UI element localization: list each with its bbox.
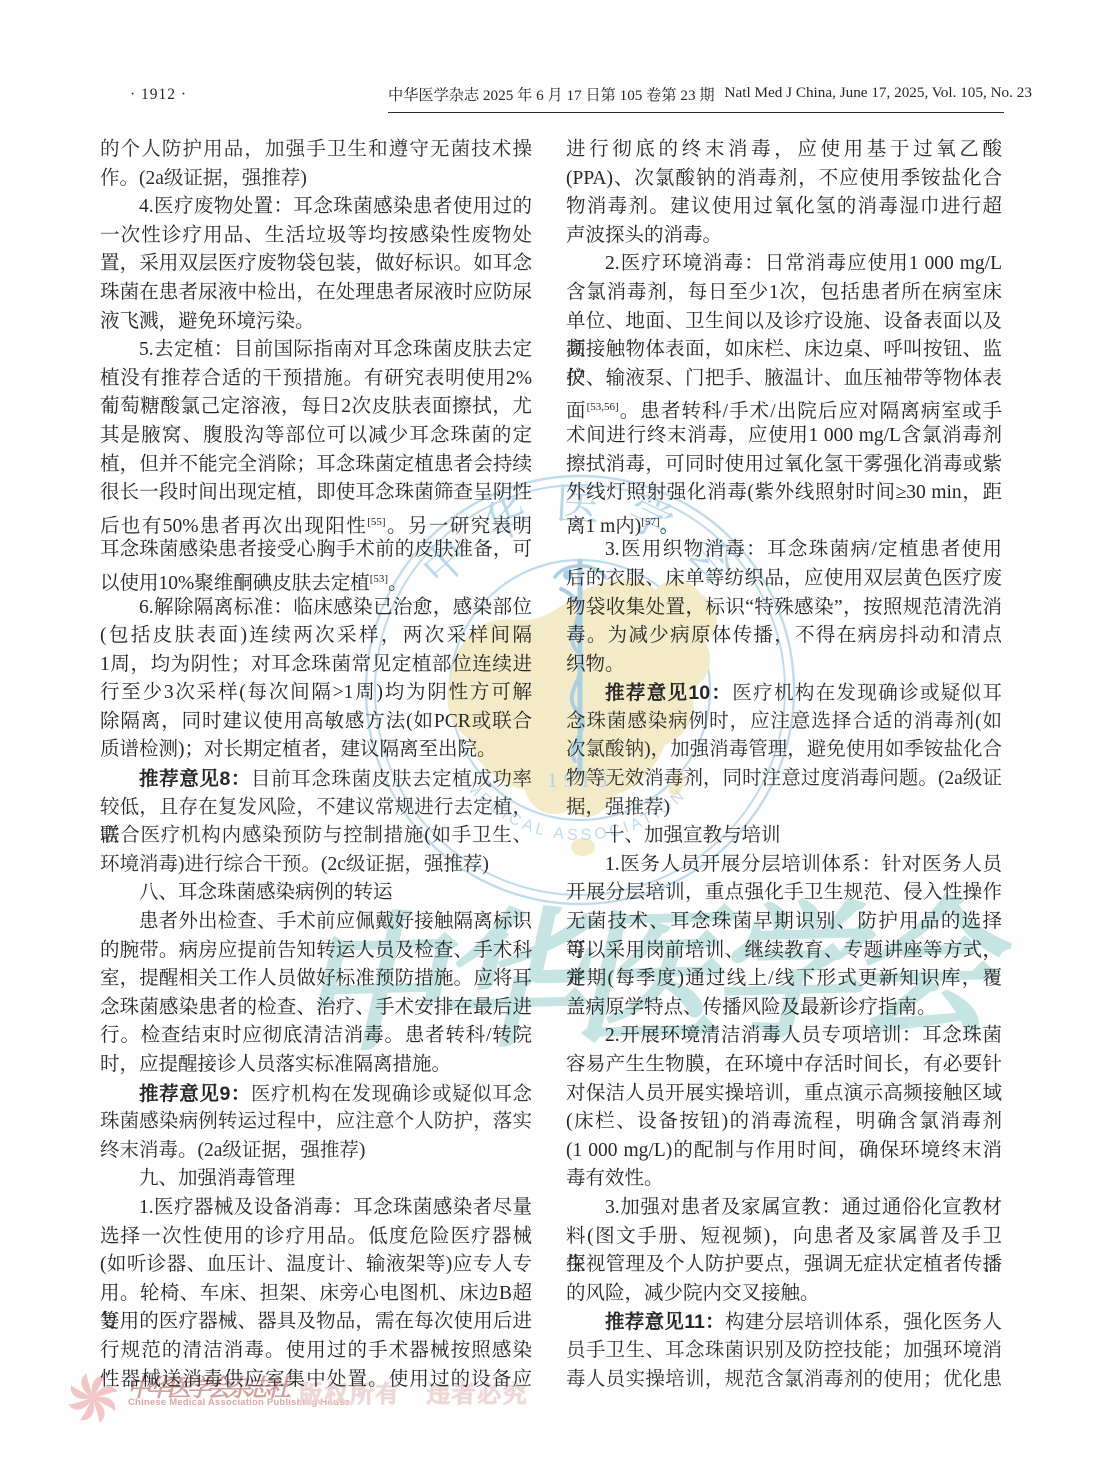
text-line: 行。检查结束时应彻底清洁消毒。患者转科/转院 (100, 1022, 532, 1051)
text-segment: (1 000 mg/L)的配制与作用时间，确保环境终末消 (566, 1140, 1002, 1161)
text-segment: (PPA)、次氯酸钠的消毒剂，不应使用季铵盐化合 (566, 168, 1002, 189)
text-segment: 医疗机构在发现确诊或疑似耳 (732, 683, 1002, 704)
text-segment: 耳念珠菌感染患者接受心胸手术前的皮肤准备，可 (100, 539, 532, 560)
text-line: 对保洁人员开展实操培训，重点演示高频接触区域 (566, 1080, 1002, 1109)
text-segment: 葡萄糖酸氯己定溶液，每日2次皮肤表面擦拭，尤 (100, 396, 532, 417)
text-segment: 后也有50%患者再次出现阳性 (100, 516, 367, 537)
text-line: 以使用10%聚维酮碘皮肤去定植[53]。 (100, 565, 532, 594)
text-line: 进行彻底的终末消毒，应使用基于过氧乙酸 (566, 136, 1002, 165)
text-line: 复用的医疗器械、器具及物品，需在每次使用后进 (100, 1308, 532, 1337)
text-segment: 推荐意见11： (605, 1311, 725, 1333)
text-line: 声波探头的消毒。 (566, 222, 1002, 251)
text-segment: 的风险，减少院内交叉接触。 (566, 1283, 820, 1304)
text-line: (床栏、设备按钮)的消毒流程，明确含氯消毒剂 (566, 1108, 1002, 1137)
text-line: 1.医疗器械及设备消毒：耳念珠菌感染者尽量 (100, 1194, 532, 1223)
text-segment: 环境消毒)进行综合干预。(2c级证据，强推荐) (100, 854, 489, 875)
text-segment: 探视管理及个人防护要点，强调无症状定植者传播 (566, 1254, 1002, 1275)
text-segment: 复用的医疗器械、器具及物品，需在每次使用后进 (100, 1311, 532, 1332)
journal-title-en: Natl Med J China, June 17, 2025, Vol. 10… (725, 84, 1032, 105)
text-segment: 据，强推荐) (566, 797, 670, 818)
text-line: 的个人防护用品，加强手卫生和遵守无菌技术操 (100, 136, 532, 165)
text-segment: 后的衣服、床单等纺织品，应使用双层黄色医疗废 (566, 568, 1002, 589)
text-segment: 4.医疗废物处置：耳念珠菌感染患者使用过的 (139, 196, 532, 217)
text-segment: 患者外出检查、手术前应佩戴好接触隔离标识 (139, 911, 532, 932)
text-line: 植，但并不能完全消除；耳念珠菌定植患者会持续 (100, 451, 532, 480)
journal-header: 中华医学杂志 2025 年 6 月 17 日第 105 卷第 23 期 Natl… (388, 84, 1004, 113)
text-segment: 的腕带。病房应提前告知转运人员及检查、手术科 (100, 940, 532, 961)
text-line: 4.医疗废物处置：耳念珠菌感染患者使用过的 (100, 193, 532, 222)
text-line: 八、耳念珠菌感染病例的转运 (100, 879, 532, 908)
text-line: 用。轮椅、车床、担架、床旁心电图机、床边B超等 (100, 1280, 532, 1309)
text-line: 时，应提醒接诊人员落实标准隔离措施。 (100, 1051, 532, 1080)
text-segment: 3.加强对患者及家属宣教：通过通俗化宣教材 (605, 1197, 1002, 1218)
text-segment: 2.医疗环境消毒：日常消毒应使用1 000 mg/L (605, 253, 1002, 274)
text-segment: 离1 m内) (566, 516, 641, 537)
text-segment: 1.医务人员开展分层培训体系：针对医务人员 (605, 854, 1002, 875)
text-segment: 念珠菌感染患者的检查、治疗、手术安排在最后进 (100, 997, 532, 1018)
text-line: 性器械送消毒供应室集中处置。使用过的设备应 (100, 1366, 532, 1395)
text-line: 3.医用织物消毒：耳念珠菌病/定植患者使用 (566, 536, 1002, 565)
text-line: 料(图文手册、短视频)，向患者及家属普及手卫生、 (566, 1223, 1002, 1252)
reference-superscript: [53] (370, 573, 388, 585)
text-segment: 外线灯照射强化消毒(紫外线照射时间≥30 min，距 (566, 482, 1002, 503)
text-line: 毒。为减少病原体传播，不得在病房抖动和清点 (566, 622, 1002, 651)
text-line: 念珠菌感染病例时，应注意选择合适的消毒剂(如 (566, 708, 1002, 737)
text-segment: 推荐意见10： (605, 682, 732, 704)
text-line: 其是腋窝、腹股沟等部位可以减少耳念珠菌的定 (100, 422, 532, 451)
text-line: 环境消毒)进行综合干预。(2c级证据，强推荐) (100, 851, 532, 880)
text-segment: 液飞溅，避免环境污染。 (100, 311, 315, 332)
text-segment: 很长一段时间出现定植，即使耳念珠菌筛查呈阴性 (100, 482, 532, 503)
text-segment: 3.医用织物消毒：耳念珠菌病/定植患者使用 (605, 539, 1002, 560)
text-line: 毒人员实操培训，规范含氯消毒剂的使用；优化患 (566, 1366, 1002, 1395)
text-segment: 珠菌在患者尿液中检出，在处理患者尿液时应防尿 (100, 282, 532, 303)
text-line: (1 000 mg/L)的配制与作用时间，确保环境终末消 (566, 1137, 1002, 1166)
text-line: 无菌技术、耳念珠菌早期识别、防护用品的选择等， (566, 908, 1002, 937)
text-line: 单位、地面、卫生间以及诊疗设施、设备表面以及高 (566, 308, 1002, 337)
text-segment: 毒有效性。 (566, 1168, 664, 1189)
text-segment: (床栏、设备按钮)的消毒流程，明确含氯消毒剂 (566, 1111, 1002, 1132)
text-segment: 物等无效消毒剂，同时注意过度消毒问题。(2a级证 (566, 768, 1002, 789)
text-segment: 1周，均为阴性；对耳念珠菌常见定植部位连续进 (100, 654, 532, 675)
text-line: 擦拭消毒，可同时使用过氧化氢干雾强化消毒或紫 (566, 451, 1002, 480)
text-segment: 5.去定植：目前国际指南对耳念珠菌皮肤去定 (139, 339, 532, 360)
text-line: 术间进行终末消毒，应使用1 000 mg/L含氯消毒剂 (566, 422, 1002, 451)
text-line: 十、加强宣教与培训 (566, 822, 1002, 851)
text-line: 联合医疗机构内感染预防与控制措施(如手卫生、 (100, 822, 532, 851)
text-line: 较低，且存在复发风险，不建议常规进行去定植，需 (100, 794, 532, 823)
column-left: 的个人防护用品，加强手卫生和遵守无菌技术操作。(2a级证据，强推荐)4.医疗废物… (100, 136, 532, 1394)
text-segment: 毒人员实操培训，规范含氯消毒剂的使用；优化患 (566, 1369, 1002, 1390)
text-segment: 除隔离，同时建议使用高敏感方法(如PCR或联合 (100, 711, 532, 732)
text-segment: 1.医疗器械及设备消毒：耳念珠菌感染者尽量 (139, 1197, 532, 1218)
reference-superscript: [53,56] (587, 401, 619, 413)
journal-page: 中华医学会 MEDICAL ASSOCIATION 1915 中华医学会 · 1… (0, 0, 1100, 1482)
text-line: 行规范的清洁消毒。使用过的手术器械按照感染 (100, 1337, 532, 1366)
text-segment: 术间进行终末消毒，应使用1 000 mg/L含氯消毒剂 (566, 425, 1002, 446)
text-line: 2.医疗环境消毒：日常消毒应使用1 000 mg/L (566, 250, 1002, 279)
text-line: 定期(每季度)通过线上/线下形式更新知识库，覆 (566, 965, 1002, 994)
text-segment: 面 (566, 401, 587, 422)
text-line: 置，采用双层医疗废物袋包装，做好标识。如耳念 (100, 250, 532, 279)
text-line: 作。(2a级证据，强推荐) (100, 165, 532, 194)
text-line: 外线灯照射强化消毒(紫外线照射时间≥30 min，距 (566, 479, 1002, 508)
text-segment: 物消毒剂。建议使用过氧化氢的消毒湿巾进行超 (566, 196, 1002, 217)
text-line: 患者外出检查、手术前应佩戴好接触隔离标识 (100, 908, 532, 937)
text-segment: 容易产生生物膜，在环境中存活时间长，有必要针 (566, 1054, 1002, 1075)
text-line: 很长一段时间出现定植，即使耳念珠菌筛查呈阴性 (100, 479, 532, 508)
text-segment: 其是腋窝、腹股沟等部位可以减少耳念珠菌的定 (100, 425, 532, 446)
text-line: 可以采用岗前培训、继续教育、专题讲座等方式，并 (566, 937, 1002, 966)
text-segment: 进行彻底的终末消毒，应使用基于过氧乙酸 (566, 139, 1002, 160)
text-line: 质谱检测)；对长期定植者，建议隔离至出院。 (100, 736, 532, 765)
text-segment: 以使用10%聚维酮碘皮肤去定植 (100, 573, 370, 594)
text-segment: 质谱检测)；对长期定植者，建议隔离至出院。 (100, 739, 497, 760)
text-segment: (包括皮肤表面)连续两次采样，两次采样间隔 (100, 625, 532, 646)
text-segment: 行至少3次采样(每次间隔>1周)均为阴性方可解 (100, 682, 532, 703)
text-line: 据，强推荐) (566, 794, 1002, 823)
text-line: 的腕带。病房应提前告知转运人员及检查、手术科 (100, 937, 532, 966)
text-line: 5.去定植：目前国际指南对耳念珠菌皮肤去定 (100, 336, 532, 365)
text-segment: 。 (660, 516, 680, 537)
text-line: 九、加强消毒管理 (100, 1165, 532, 1194)
text-segment: 声波探头的消毒。 (566, 225, 722, 246)
text-line: 毒有效性。 (566, 1165, 1002, 1194)
text-segment: 目前耳念珠菌皮肤去定植成功率 (251, 769, 532, 790)
text-segment: 。 (388, 573, 408, 594)
text-segment: 织物。 (566, 654, 625, 675)
text-segment: 开展分层培训，重点强化手卫生规范、侵入性操作 (566, 882, 1002, 903)
text-line: 探视管理及个人防护要点，强调无症状定植者传播 (566, 1251, 1002, 1280)
text-line: 行至少3次采样(每次间隔>1周)均为阴性方可解 (100, 679, 532, 708)
text-line: 开展分层培训，重点强化手卫生规范、侵入性操作 (566, 879, 1002, 908)
text-line: 物消毒剂。建议使用过氧化氢的消毒湿巾进行超 (566, 193, 1002, 222)
text-line: 推荐意见11：构建分层培训体系，强化医务人 (566, 1308, 1002, 1337)
text-line: 6.解除隔离标准：临床感染已治愈，感染部位 (100, 594, 532, 623)
text-segment: 性器械送消毒供应室集中处置。使用过的设备应 (100, 1369, 532, 1390)
text-line: 选择一次性使用的诊疗用品。低度危险医疗器械 (100, 1223, 532, 1252)
text-line: 后的衣服、床单等纺织品，应使用双层黄色医疗废 (566, 565, 1002, 594)
text-segment: 盖病原学特点、传播风险及最新诊疗指南。 (566, 997, 937, 1018)
text-segment: 含氯消毒剂，每日至少1次，包括患者所在病室床 (566, 282, 1002, 303)
text-segment: 擦拭消毒，可同时使用过氧化氢干雾强化消毒或紫 (566, 454, 1002, 475)
text-segment: 员手卫生、耳念珠菌识别及防控技能；加强环境消 (566, 1340, 1002, 1361)
text-segment: 的个人防护用品，加强手卫生和遵守无菌技术操 (100, 139, 532, 160)
text-line: 推荐意见10：医疗机构在发现确诊或疑似耳 (566, 679, 1002, 708)
text-segment: 植没有推荐合适的干预措施。有研究表明使用2% (100, 368, 532, 389)
text-line: 念珠菌感染患者的检查、治疗、手术安排在最后进 (100, 994, 532, 1023)
text-segment: 2.开展环境清洁消毒人员专项培训：耳念珠菌 (605, 1025, 1002, 1046)
text-line: 2.开展环境清洁消毒人员专项培训：耳念珠菌 (566, 1022, 1002, 1051)
text-segment: 物袋收集处置，标识“特殊感染”，按照规范清洗消 (566, 597, 1002, 618)
text-line: 仪、输液泵、门把手、腋温计、血压袖带等物体表 (566, 365, 1002, 394)
text-line: 1周，均为阴性；对耳念珠菌常见定植部位连续进 (100, 651, 532, 680)
text-segment: 时，应提醒接诊人员落实标准隔离措施。 (100, 1054, 451, 1075)
journal-title-cn: 中华医学杂志 2025 年 6 月 17 日第 105 卷第 23 期 (388, 84, 715, 105)
text-segment: (如听诊器、血压计、温度计、输液架等)应专人专 (100, 1254, 532, 1275)
text-segment: 构建分层培训体系，强化医务人 (725, 1312, 1002, 1333)
text-line: 的风险，减少院内交叉接触。 (566, 1280, 1002, 1309)
text-segment: 毒。为减少病原体传播，不得在病房抖动和清点 (566, 625, 1002, 646)
text-line: 植没有推荐合适的干预措施。有研究表明使用2% (100, 365, 532, 394)
text-segment: 对保洁人员开展实操培训，重点演示高频接触区域 (566, 1083, 1002, 1104)
text-line: 物袋收集处置，标识“特殊感染”，按照规范清洗消 (566, 594, 1002, 623)
column-right: 进行彻底的终末消毒，应使用基于过氧乙酸(PPA)、次氯酸钠的消毒剂，不应使用季铵… (566, 136, 1002, 1394)
text-line: 终末消毒。(2a级证据，强推荐) (100, 1137, 532, 1166)
text-line: 后也有50%患者再次出现阳性[55]。另一研究表明 (100, 508, 532, 537)
text-line: 珠菌在患者尿液中检出，在处理患者尿液时应防尿 (100, 279, 532, 308)
text-segment: 行。检查结束时应彻底清洁消毒。患者转科/转院 (100, 1025, 532, 1046)
text-segment: 珠菌感染病例转运过程中，应注意个人防护，落实 (100, 1111, 532, 1132)
text-line: 珠菌感染病例转运过程中，应注意个人防护，落实 (100, 1108, 532, 1137)
text-line: 推荐意见9：医疗机构在发现确诊或疑似耳念 (100, 1080, 532, 1109)
text-segment: 十、加强宣教与培训 (605, 825, 781, 846)
text-segment: 。患者转科/手术/出院后应对隔离病室或手 (619, 401, 1002, 422)
text-segment: 推荐意见9： (139, 1083, 251, 1105)
page-number: · 1912 · (130, 86, 187, 104)
text-segment: 室，提醒相关工作人员做好标准预防措施。应将耳 (100, 968, 532, 989)
text-line: 织物。 (566, 651, 1002, 680)
text-segment: 定期(每季度)通过线上/线下形式更新知识库，覆 (566, 968, 1002, 989)
text-line: 耳念珠菌感染患者接受心胸手术前的皮肤准备，可 (100, 536, 532, 565)
text-line: 员手卫生、耳念珠菌识别及防控技能；加强环境消 (566, 1337, 1002, 1366)
text-segment: 行规范的清洁消毒。使用过的手术器械按照感染 (100, 1340, 532, 1361)
text-segment: 八、耳念珠菌感染病例的转运 (139, 882, 393, 903)
text-line: (如听诊器、血压计、温度计、输液架等)应专人专 (100, 1251, 532, 1280)
text-line: 液飞溅，避免环境污染。 (100, 308, 532, 337)
text-line: 除隔离，同时建议使用高敏感方法(如PCR或联合 (100, 708, 532, 737)
text-line: 频接触物体表面，如床栏、床边桌、呼叫按钮、监护 (566, 336, 1002, 365)
text-segment: 念珠菌感染病例时，应注意选择合适的消毒剂(如 (566, 711, 1002, 732)
text-segment: 联合医疗机构内感染预防与控制措施(如手卫生、 (100, 825, 532, 846)
text-segment: 仪、输液泵、门把手、腋温计、血压袖带等物体表 (566, 368, 1002, 389)
text-line: 1.医务人员开展分层培训体系：针对医务人员 (566, 851, 1002, 880)
text-line: 推荐意见8：目前耳念珠菌皮肤去定植成功率 (100, 765, 532, 794)
text-segment: 一次性诊疗用品、生活垃圾等均按感染性废物处 (100, 225, 532, 246)
text-line: 3.加强对患者及家属宣教：通过通俗化宣教材 (566, 1194, 1002, 1223)
text-line: 葡萄糖酸氯己定溶液，每日2次皮肤表面擦拭，尤 (100, 393, 532, 422)
text-segment: 植，但并不能完全消除；耳念珠菌定植患者会持续 (100, 454, 532, 475)
text-line: 物等无效消毒剂，同时注意过度消毒问题。(2a级证 (566, 765, 1002, 794)
text-segment: 医疗机构在发现确诊或疑似耳念 (251, 1084, 532, 1105)
text-line: 室，提醒相关工作人员做好标准预防措施。应将耳 (100, 965, 532, 994)
reference-superscript: [55] (367, 516, 385, 528)
reference-superscript: [57] (641, 516, 659, 528)
text-segment: 终末消毒。(2a级证据，强推荐) (100, 1140, 365, 1161)
text-line: 离1 m内)[57]。 (566, 508, 1002, 537)
text-segment: 。另一研究表明 (386, 516, 532, 537)
text-line: 含氯消毒剂，每日至少1次，包括患者所在病室床 (566, 279, 1002, 308)
text-line: 次氯酸钠)，加强消毒管理，避免使用如季铵盐化合 (566, 736, 1002, 765)
text-line: 盖病原学特点、传播风险及最新诊疗指南。 (566, 994, 1002, 1023)
text-segment: 作。(2a级证据，强推荐) (100, 168, 307, 189)
text-segment: 次氯酸钠)，加强消毒管理，避免使用如季铵盐化合 (566, 739, 1002, 760)
text-segment: 推荐意见8： (139, 768, 251, 790)
text-segment: 选择一次性使用的诊疗用品。低度危险医疗器械 (100, 1226, 532, 1247)
text-line: (包括皮肤表面)连续两次采样，两次采样间隔 (100, 622, 532, 651)
text-line: (PPA)、次氯酸钠的消毒剂，不应使用季铵盐化合 (566, 165, 1002, 194)
text-segment: 九、加强消毒管理 (139, 1168, 295, 1189)
text-line: 一次性诊疗用品、生活垃圾等均按感染性废物处 (100, 222, 532, 251)
text-line: 面[53,56]。患者转科/手术/出院后应对隔离病室或手 (566, 393, 1002, 422)
text-segment: 置，采用双层医疗废物袋包装，做好标识。如耳念 (100, 253, 532, 274)
text-line: 容易产生生物膜，在环境中存活时间长，有必要针 (566, 1051, 1002, 1080)
text-segment: 6.解除隔离标准：临床感染已治愈，感染部位 (139, 597, 532, 618)
